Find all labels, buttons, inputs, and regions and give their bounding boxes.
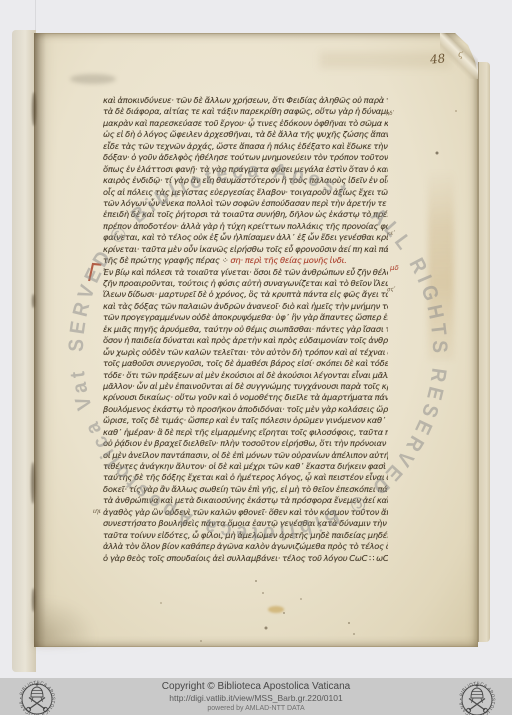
manuscript-line: τοῖς μαθοῦσι συνεργοῦσι, τοῖς δὲ ἀμαθέσι… — [103, 358, 388, 369]
manuscript-line: ζῆν προαιροῦνται, τούτοις ἡ φύσις αὐτὴ σ… — [103, 278, 388, 289]
foxing-specks — [0, 0, 2, 2]
stain — [268, 606, 284, 613]
manuscript-line: ὁ γὰρ θεὸς τοῖς σπουδαίοις ἀεὶ συλλαμβάν… — [103, 553, 388, 564]
manuscript-text-block: καὶ ἀποκινδύνευε· τῶν δὲ ἄλλων χρήσεων, … — [103, 95, 388, 564]
copyright-line: Copyright © Biblioteca Apostolica Vatica… — [0, 678, 512, 693]
gutter-blot — [32, 294, 35, 308]
manuscript-line: τὰ δὲ διάφορα, αἰτίας τε καὶ τάξιν παρεκ… — [103, 106, 388, 117]
manuscript-line: πρέπον ἀποδοτέον· ἀλλὰ γὰρ ἡ τύχη κρείττ… — [103, 221, 388, 232]
gutter-shadow — [34, 33, 46, 647]
manuscript-line: μακρὰν καὶ παρεσκεύασε τοῦ ἔργου· ᾧ τινε… — [103, 118, 388, 129]
margin-paraph-red: Γ — [87, 258, 100, 288]
manuscript-line: τιθέντες ἀνάγκην ἄλυτον· οἱ δὲ καὶ μέχρι… — [103, 461, 388, 472]
manuscript-line: ἐπειδὴ δὲ καὶ τοῖς ῥήτορσι τὰ τοιαῦτα συ… — [103, 209, 388, 220]
previous-page-edge — [12, 30, 36, 672]
footer-bar: Copyright © Biblioteca Apostolica Vatica… — [0, 678, 512, 715]
vatican-library-stamp-icon: • BIBLIOTECA APOSTOLICA VATICANA — [14, 676, 60, 715]
vatican-library-stamp-icon — [454, 677, 500, 715]
manuscript-line: Ἐν βίῳ καὶ πόλεσι τὰ τοιαῦτα γίνεται· ὅσ… — [103, 267, 388, 278]
margin-note: πδʹ — [386, 110, 395, 117]
ink-smudge — [70, 74, 116, 84]
manuscript-line: καὶ ἀποκινδύνευε· τῶν δὲ ἄλλων χρήσεων, … — [103, 95, 388, 106]
manuscript-line: τόδε· ὅτι τῶν πράξεων αἱ μὲν ἑκούσιοι αἱ… — [103, 370, 388, 381]
page-curl-shadow — [34, 598, 96, 646]
manuscript-line: ὅπως ἐν ἐλάττοσι φανῇ· τὰ γὰρ πράγματα φ… — [103, 164, 388, 175]
manuscript-line: δοκεῖ· τίς γὰρ ἂν ἄλλως σωθείη τῶν ἐπὶ γ… — [103, 484, 388, 495]
margin-note: ιηι — [93, 508, 101, 515]
url-line: http://digi.vatlib.it/view/MSS_Barb.gr.2… — [0, 693, 512, 703]
manuscript-line: τὰ ἀνθρώπινα καὶ μετὰ δικαιοσύνης ἑκάστῳ… — [103, 495, 388, 506]
manuscript-line: ταύτης δὲ τῆς δόξης ἔχεται καὶ ὁ ἡμέτερο… — [103, 472, 388, 483]
rubric-red-text: ση· περὶ τῆς θείας μονῆς ἰνδι. — [228, 255, 346, 265]
manuscript-line: ὥρισε, τοῖς δὲ τιμάς· ὥσπερ καὶ ἐν ταῖς … — [103, 415, 388, 426]
manuscript-line: ὅσον ἡ παιδεία δύναται καὶ πρὸς ἀρετὴν κ… — [103, 335, 388, 346]
stain — [428, 170, 454, 360]
folio-flourish: ϛ — [458, 50, 463, 60]
manuscript-line: καὶ τὰς δόξας τῶν παλαιῶν ἀνδρῶν ἀνανεοῖ… — [103, 301, 388, 312]
manuscript-line: οἱ μὲν ἀνεῖλον παντάπασιν, οἱ δὲ ἐπὶ μόν… — [103, 450, 388, 461]
manuscript-line: οἷς αἱ πόλεις τὰς μεγίστας εὐεργεσίας ἔλ… — [103, 187, 388, 198]
manuscript-line: καιρὸς ἐνδιδῷ· τί γὰρ ἂν εἴη θαυμαστότερ… — [103, 175, 388, 186]
scan-background: 48 ϛ καὶ ἀποκινδύνευε· τῶν δὲ ἄλλων χρήσ… — [0, 0, 512, 715]
manuscript-line: φαίνεται, καὶ τὸ τέλος οὐκ ἐξ ὧν ἠλπίσαμ… — [103, 232, 388, 243]
manuscript-line: ἐκ μιᾶς πηγῆς ἀρυόμεθα, ταύτην οὐ θέμις … — [103, 324, 388, 335]
manuscript-line: οὐ ῥᾴδιον ἐν βραχεῖ διελθεῖν· πλὴν τοσοῦ… — [103, 438, 388, 449]
manuscript-line: τῆς δὲ πρώτης γραφῆς πέρας ⁘ ση· περὶ τῆ… — [103, 255, 388, 266]
gutter-blot — [32, 92, 36, 126]
manuscript-line: εἶδε τὰς τῶν τεχνῶν ἀρχάς, ὥστε ἅπασα ἡ … — [103, 141, 388, 152]
manuscript-line: ἵλεων δίδωσι· μαρτυρεῖ δὲ ὁ χρόνος, ὃς τ… — [103, 289, 388, 300]
manuscript-line: καθ᾽ ἡμέραν· ἃ δὲ περὶ τῆς εἱμαρμένης εἴ… — [103, 427, 388, 438]
manuscript-line: ὧν χωρὶς οὐδὲν τῶν καλῶν τελεῖται· τὸν α… — [103, 347, 388, 358]
margin-note: σϛʹ — [387, 287, 396, 294]
margin-number-red: μδ — [390, 264, 399, 272]
manuscript-line: βουλόμενος ἑκάστῳ τὸ προσῆκον ἀποδιδόναι… — [103, 404, 388, 415]
manuscript-line: ἀλλὰ τὸν ὅλον βίον καθάπερ ἀγῶνα καλὸν ἀ… — [103, 541, 388, 552]
margin-note: κεʹ — [387, 231, 395, 238]
background-seam — [35, 0, 36, 33]
manuscript-line: συνεστήσατο βουληθεὶς πάντα ὅμοια ἑαυτῷ … — [103, 518, 388, 529]
gutter-blot — [31, 462, 35, 504]
manuscript-line: κρίνεται· ταῦτα μὲν οὖν ἱκανῶς εἰρήσθω τ… — [103, 244, 388, 255]
manuscript-line: ἀγαθὸς γὰρ ὢν οὐδενὶ τῶν καλῶν φθονεῖ· ὅ… — [103, 507, 388, 518]
manuscript-line: ὡς εἰ δὴ ὁ λόγος ὤφειλεν ἀρχεσθῆναι, τὰ … — [103, 129, 388, 140]
manuscript-line: μᾶλλον· ὧν αἱ μὲν ἐπαινοῦνται αἱ δὲ συγγ… — [103, 381, 388, 392]
manuscript-line: ταῦτα τοίνυν εἰδότες, ὦ φίλοι, μὴ ἀμελῶμ… — [103, 530, 388, 541]
folio-number: 48 — [429, 51, 446, 67]
powered-by-line: powered by AMLAD-NTT DATA — [0, 704, 512, 713]
manuscript-line: κρίνουσι δικαίως· οὕτω γοῦν καὶ ὁ νομοθέ… — [103, 392, 388, 403]
manuscript-line: τῶν προγεγραμμένων οὐδὲ ἀποκρυψόμεθα· ὑφ… — [103, 312, 388, 323]
manuscript-line: δόξαν· ὁ γοῦν ἀδελφὸς ἠθέλησε τούτων μνη… — [103, 152, 388, 163]
manuscript-line: τῶν λόγων ὧν ἕνεκα πολλοὶ τῶν σοφῶν ἐσπο… — [103, 198, 388, 209]
page-fore-edge — [478, 62, 490, 642]
